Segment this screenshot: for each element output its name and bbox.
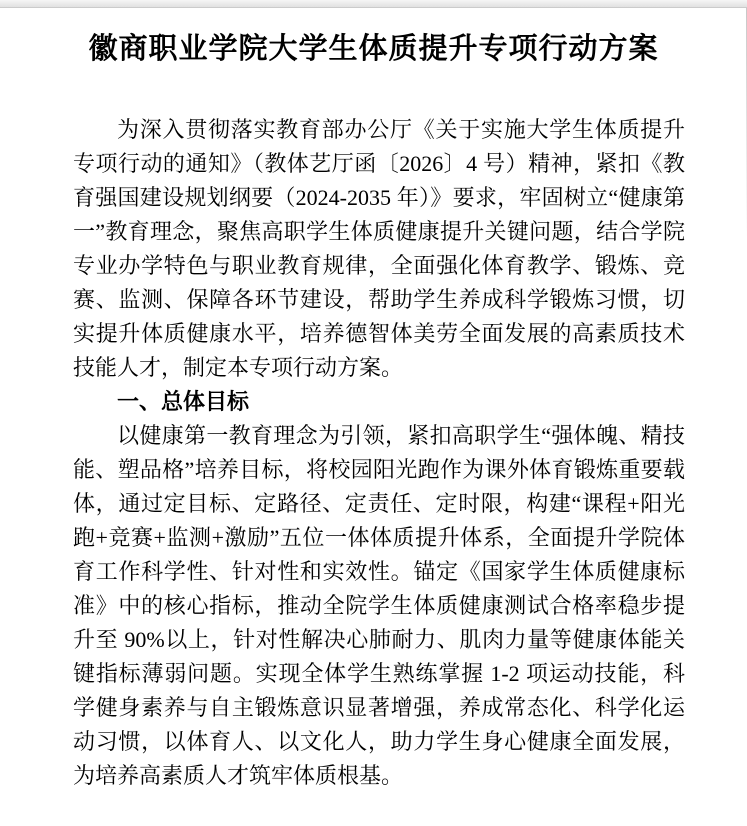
paragraph-overall-goals: 以健康第一教育理念为引领，紧扣高职学生“强体魄、精技能、塑品格”培养目标，将校园… bbox=[73, 419, 685, 793]
paragraph-intro: 为深入贯彻落实教育部办公厅《关于实施大学生体质提升专项行动的通知》（教体艺厅函〔… bbox=[73, 113, 685, 385]
section-heading-overall-goals: 一、总体目标 bbox=[73, 385, 685, 419]
document-title: 徽商职业学院大学生体质提升专项行动方案 bbox=[0, 0, 747, 68]
document-page: 徽商职业学院大学生体质提升专项行动方案 为深入贯彻落实教育部办公厅《关于实施大学… bbox=[0, 0, 747, 826]
document-body: 为深入贯彻落实教育部办公厅《关于实施大学生体质提升专项行动的通知》（教体艺厅函〔… bbox=[0, 113, 747, 793]
page-top-edge bbox=[0, 0, 747, 8]
